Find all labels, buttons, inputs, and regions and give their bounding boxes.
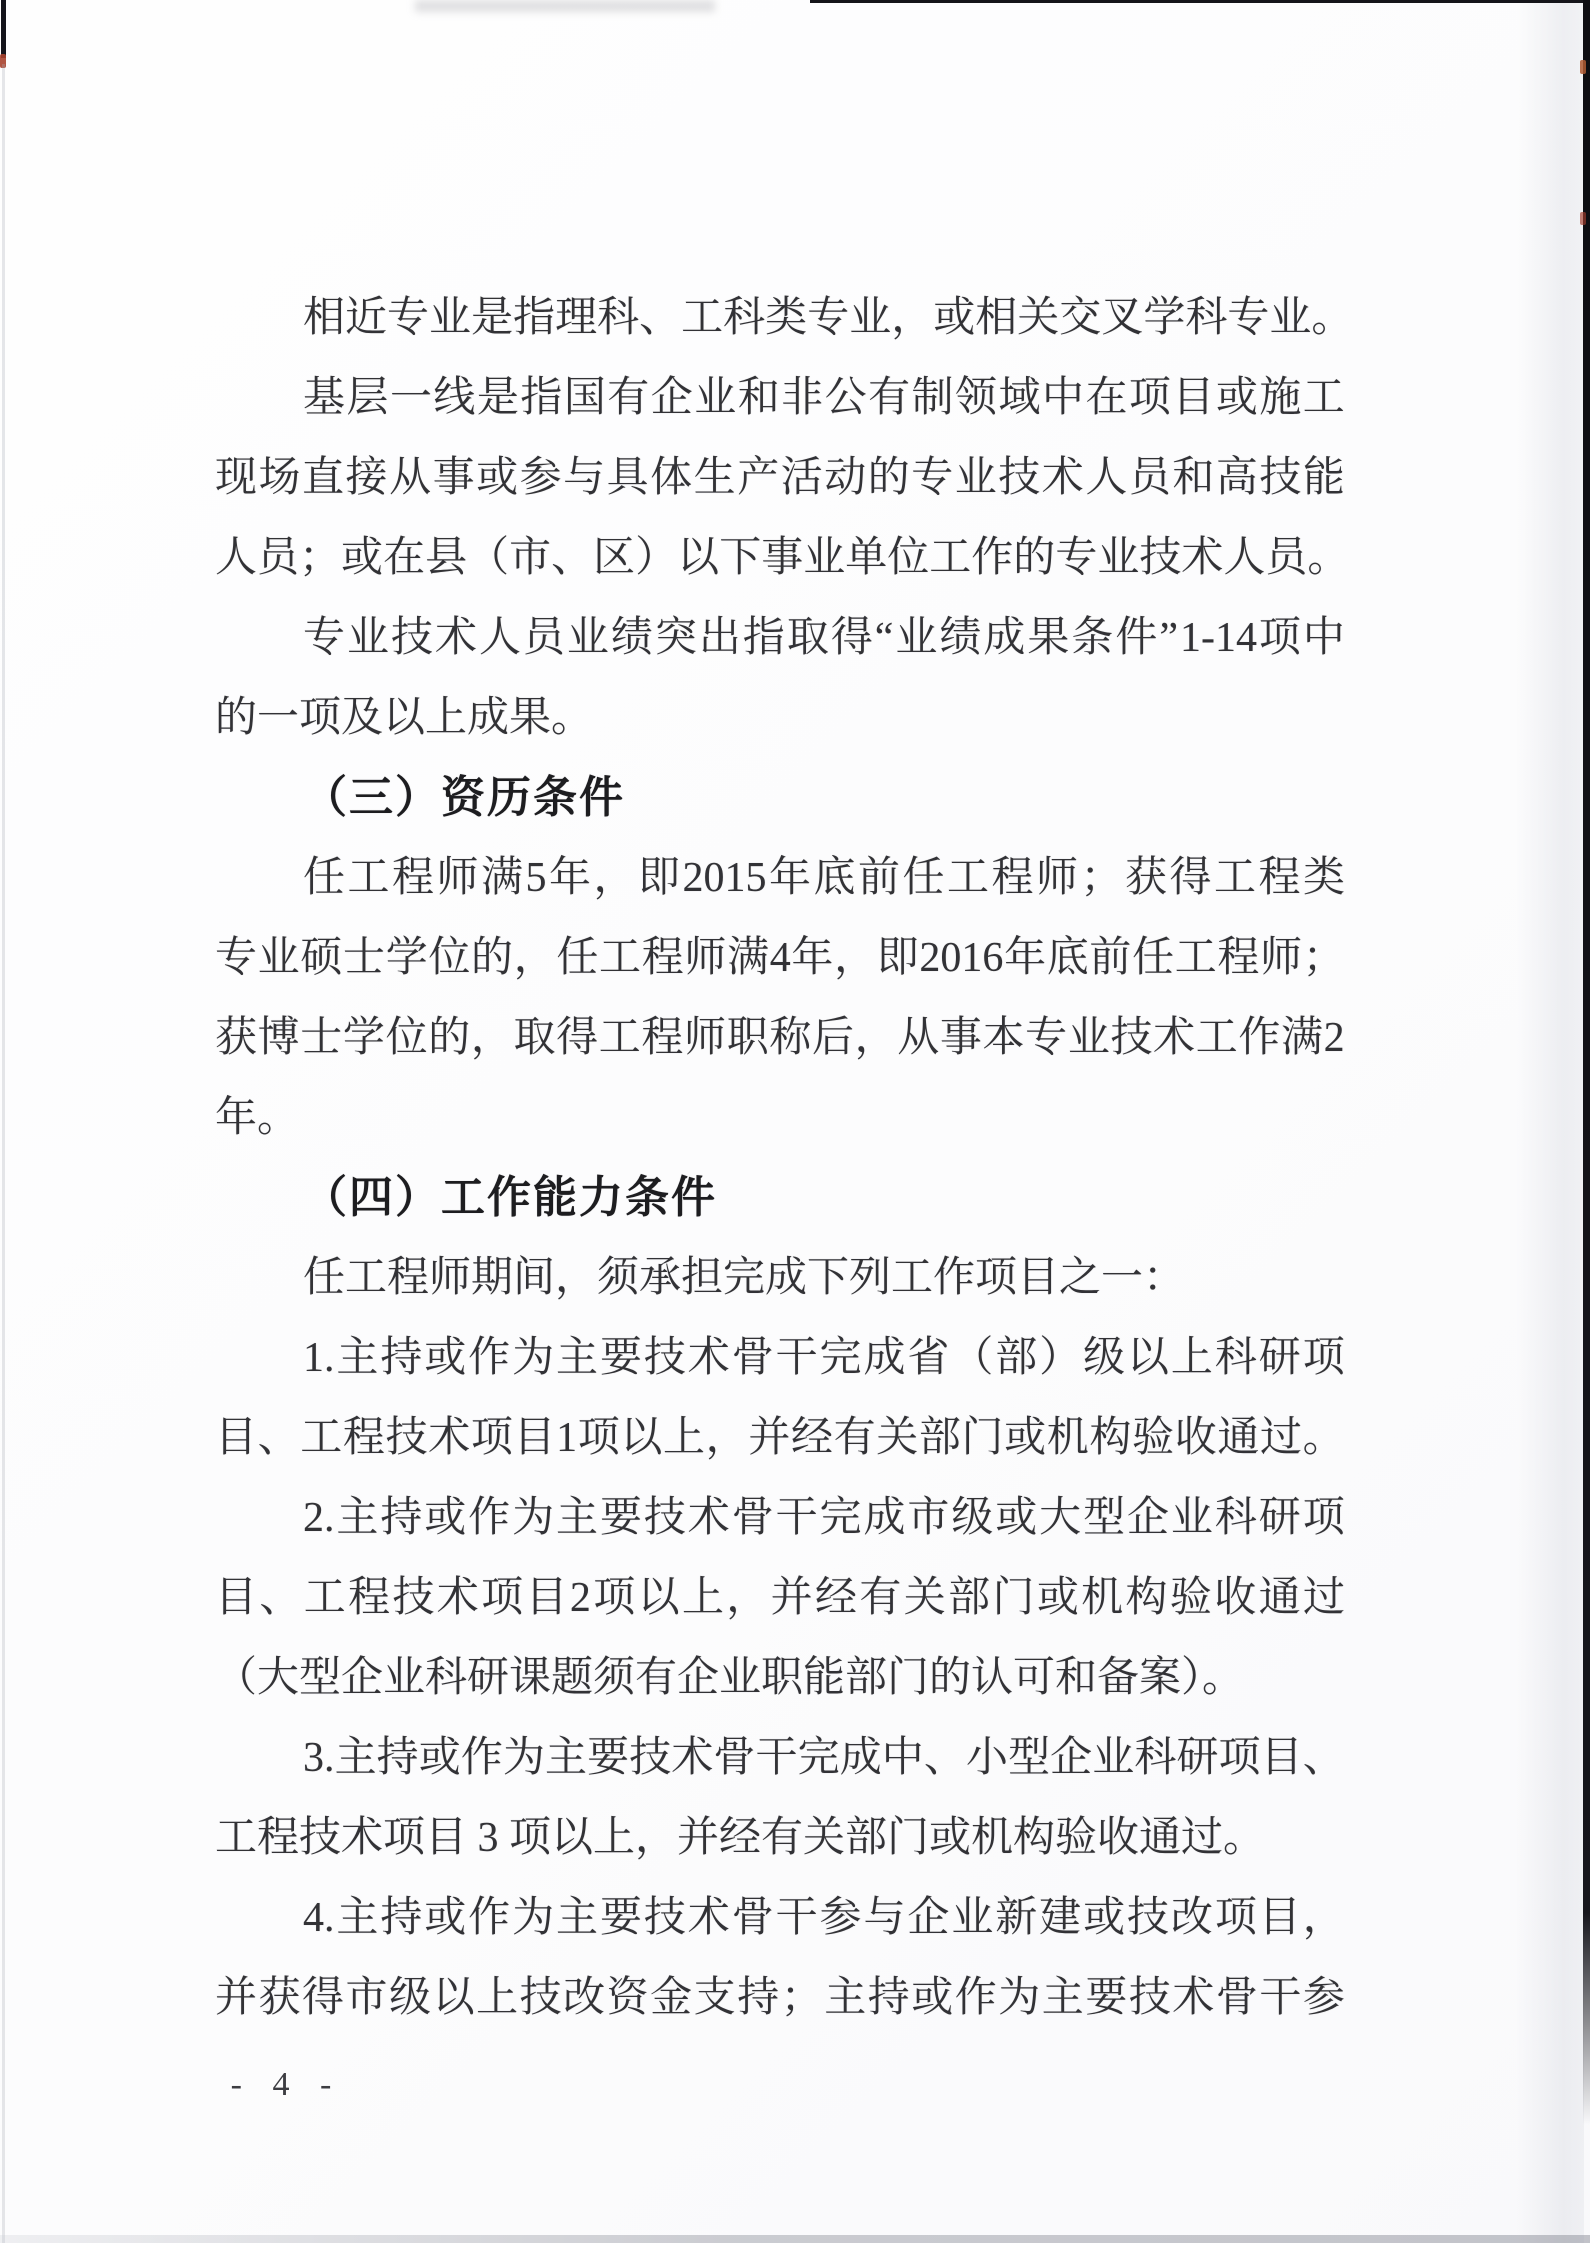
scan-right-edge-bar <box>1583 0 1590 2125</box>
page-number: - 4 - <box>205 2062 365 2108</box>
scan-right-shading <box>1516 0 1584 2243</box>
text-line: 1.主持或作为主要技术骨干完成省（部）级以上科研项 <box>215 1318 1345 1398</box>
text-line: 专业硕士学位的，任工程师满4年，即2016年底前任工程师； <box>215 918 1345 998</box>
scan-left-red-mark <box>0 54 6 68</box>
text-line: 任工程师期间，须承担完成下列工作项目之一： <box>215 1238 1345 1318</box>
text-line: 获博士学位的，取得工程师职称后，从事本专业技术工作满2 <box>215 998 1345 1078</box>
text-line: 任工程师满5年，即2015年底前任工程师；获得工程类 <box>215 838 1345 918</box>
text-line: 4.主持或作为主要技术骨干参与企业新建或技改项目， <box>215 1878 1345 1958</box>
text-line: （四）工作能力条件 <box>215 1158 1345 1238</box>
text-line: 相近专业是指理科、工科类专业，或相关交叉学科专业。 <box>215 278 1345 358</box>
text-line: 人员；或在县（市、区）以下事业单位工作的专业技术人员。 <box>215 518 1345 598</box>
text-line: （大型企业科研课题须有企业职能部门的认可和备案）。 <box>215 1638 1345 1718</box>
text-line: 目、工程技术项目1项以上，并经有关部门或机构验收通过。 <box>215 1398 1345 1478</box>
text-line: 现场直接从事或参与具体生产活动的专业技术人员和高技能 <box>215 438 1345 518</box>
text-line: 的一项及以上成果。 <box>215 678 1345 758</box>
text-line: 专业技术人员业绩突出指取得“业绩成果条件”1-14项中 <box>215 598 1345 678</box>
text-line: （三）资历条件 <box>215 758 1345 838</box>
scan-left-edge-dash <box>1 0 6 58</box>
text-line: 基层一线是指国有企业和非公有制领域中在项目或施工 <box>215 358 1345 438</box>
document-text: 相近专业是指理科、工科类专业，或相关交叉学科专业。基层一线是指国有企业和非公有制… <box>215 278 1345 2038</box>
scan-top-smudge <box>415 0 715 12</box>
text-line: 3.主持或作为主要技术骨干完成中、小型企业科研项目、 <box>215 1718 1345 1798</box>
text-line: 目、工程技术项目2项以上，并经有关部门或机构验收通过 <box>215 1558 1345 1638</box>
scan-bottom-edge-band <box>0 2235 1590 2243</box>
text-line: 年。 <box>215 1078 1345 1158</box>
scan-red-glint <box>1580 212 1586 225</box>
text-line: 并获得市级以上技改资金支持；主持或作为主要技术骨干参 <box>215 1958 1345 2038</box>
scan-left-edge-line <box>2 64 5 2243</box>
text-line: 2.主持或作为主要技术骨干完成市级或大型企业科研项 <box>215 1478 1345 1558</box>
scan-top-edge-line <box>810 0 1590 3</box>
scanned-document-page: 相近专业是指理科、工科类专业，或相关交叉学科专业。基层一线是指国有企业和非公有制… <box>0 0 1590 2243</box>
text-line: 工程技术项目 3 项以上，并经有关部门或机构验收通过。 <box>215 1798 1345 1878</box>
scan-red-glint <box>1580 60 1586 74</box>
